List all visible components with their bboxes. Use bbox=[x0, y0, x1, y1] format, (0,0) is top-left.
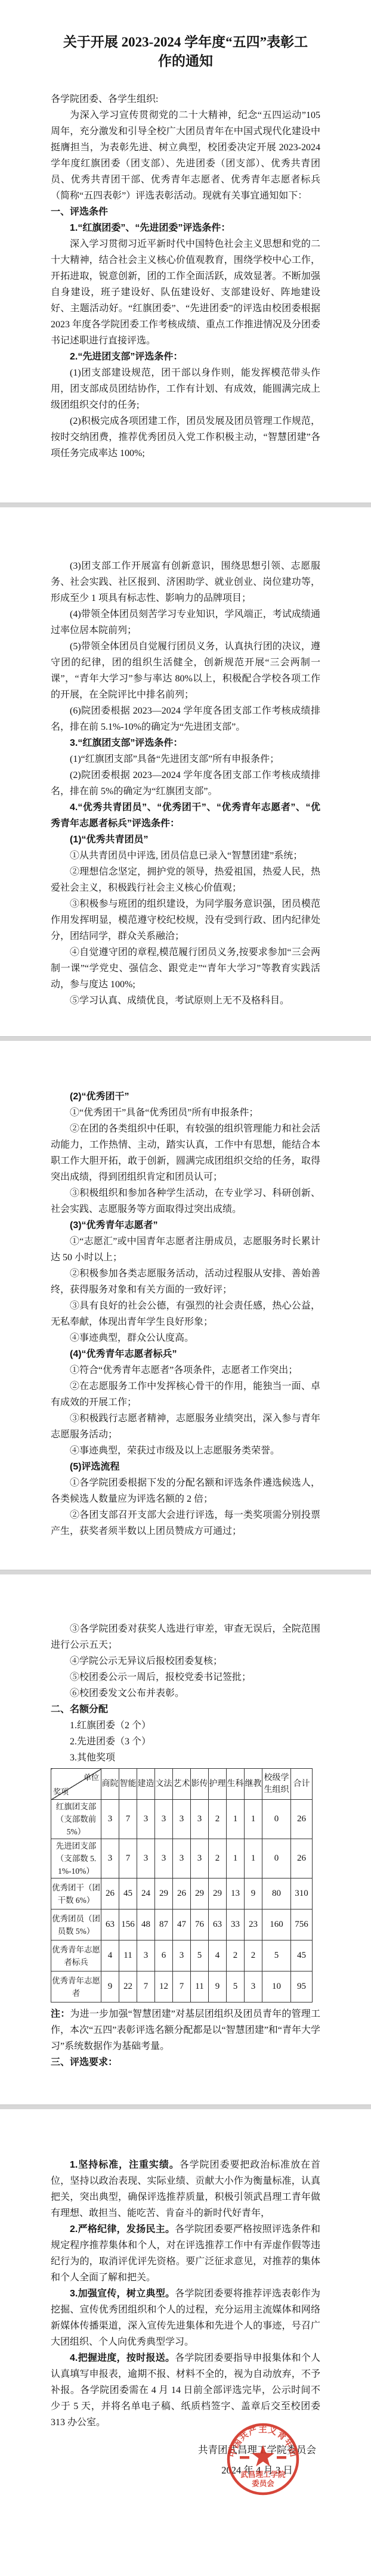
table-column-header: 影传 bbox=[191, 1769, 209, 1800]
quota-value: 22 bbox=[119, 1971, 137, 2002]
list-item: 2.先进团委（3 个） bbox=[51, 1734, 320, 1750]
quota-value: 3 bbox=[245, 1971, 262, 2002]
paragraph: (2)积极完成各项团建工作，团员发展及团员管理工作规范，按时交纳团费，推荐优秀团… bbox=[51, 413, 320, 461]
paragraph: ⑤校团委公示一周后，报校党委书记签批； bbox=[51, 1669, 320, 1685]
paragraph: (5)带领全体团员自觉履行团员义务，认真执行团的决议，遵守团的纪律，团的组织生活… bbox=[51, 638, 320, 703]
page-3-content: (2)“优秀团干”①“优秀团干”具备“优秀团员”所有申报条件；②在团的各类组织中… bbox=[51, 1089, 320, 1539]
table-column-header: 校级学生组织 bbox=[262, 1769, 291, 1800]
table-row: 优秀团员（团员数 5%）6315648874776633323160756 bbox=[51, 1909, 313, 1940]
page-4: ③各学院团委对获奖人选进行审差，审查无误后，全院范围进行公示五天；④学院公示无异… bbox=[0, 1574, 371, 2104]
quota-value: 76 bbox=[191, 1909, 209, 1940]
page-5: 1.坚持标准，注重实绩。各学院团委要把政治标准放在首位，坚持以政治表现、实际业绩… bbox=[0, 2109, 371, 2576]
quota-value: 26 bbox=[291, 1800, 313, 1839]
paragraph: 1.坚持标准，注重实绩。各学院团委要把政治标准放在首位，坚持以政治表现、实际业绩… bbox=[51, 2157, 320, 2221]
official-seal-stamp: 中国共产主义青年团 武昌理工学院 委员会 bbox=[224, 2420, 302, 2498]
quota-value: 756 bbox=[291, 1909, 313, 1940]
sub-heading: (3)“优秀青年志愿者” bbox=[51, 1217, 320, 1233]
quota-value: 3 bbox=[137, 1940, 155, 1971]
page-2-content: (3)团支部工作开展富有创新意识，围绕思想引领、志愿服务、社会实践、社区报到、济… bbox=[51, 558, 320, 1009]
row-label: 优秀团员（团员数 5%） bbox=[51, 1909, 101, 1940]
sub-heading: (1)“优秀共青团员” bbox=[51, 832, 320, 848]
paragraph: ④学院公示无异议后报校团委复核； bbox=[51, 1653, 320, 1669]
paragraph: (1)“红旗团支部”具备“先进团支部”所有申报条件； bbox=[51, 751, 320, 767]
page-5-content: 1.坚持标准，注重实绩。各学院团委要把政治标准放在首位，坚持以政治表现、实际业绩… bbox=[51, 2157, 320, 2431]
seal-line2: 委员会 bbox=[252, 2479, 274, 2488]
sub-heading: (5)评选流程 bbox=[51, 1459, 320, 1475]
page-1: 关于开展 2023-2024 学年度“五四”表彰工作的通知各学院团委、各学生组织… bbox=[0, 0, 371, 503]
paragraph: ②在团的各类组织中任职，有较强的组织管理能力和社会活动能力，工作热情、主动，踏实… bbox=[51, 1121, 320, 1185]
paragraph: ②各团支部召开支部大会进行评选，每一类奖项需分别投票产生，获奖者须半数以上团员赞… bbox=[51, 1507, 320, 1539]
doc-title: 关于开展 2023-2024 学年度“五四”表彰工作的通知 bbox=[51, 33, 320, 71]
quota-value: 26 bbox=[101, 1878, 119, 1909]
quota-value: 80 bbox=[262, 1878, 291, 1909]
quota-value: 29 bbox=[155, 1878, 173, 1909]
quota-value: 3 bbox=[191, 1800, 209, 1839]
table-column-header: 合计 bbox=[291, 1769, 313, 1800]
quota-value: 7 bbox=[173, 1971, 191, 2002]
quota-value: 3 bbox=[155, 1839, 173, 1878]
table-header-row: 奖项单位商院智能建造文法艺术影传护理生科继教校级学生组织合计 bbox=[51, 1769, 313, 1800]
table-column-header: 继教 bbox=[245, 1769, 262, 1800]
quota-value: 10 bbox=[262, 1971, 291, 2002]
table-column-header: 文法 bbox=[155, 1769, 173, 1800]
page-3: (2)“优秀团干”①“优秀团干”具备“优秀团员”所有申报条件；②在团的各类组织中… bbox=[0, 1041, 371, 1570]
quota-value: 45 bbox=[119, 1878, 137, 1909]
paragraph: ①各学院团委根据下发的分配名额和评选条件遴选候选人，各类候选人数量应为评选名额的… bbox=[51, 1475, 320, 1507]
section-heading: 一、评选条件 bbox=[51, 204, 320, 220]
quota-value: 1 bbox=[227, 1800, 245, 1839]
table-column-header: 商院 bbox=[101, 1769, 119, 1800]
quota-value: 3 bbox=[101, 1839, 119, 1878]
quota-value: 2 bbox=[245, 1940, 262, 1971]
paragraph: ③积极践行志愿者精神，志愿服务业绩突出，深入参与青年志愿服务活动； bbox=[51, 1411, 320, 1443]
paragraph: ②理想信念坚定，拥护党的领导，热爱祖国，热爱人民，热爱社会主义，积极践行社会主义… bbox=[51, 864, 320, 896]
quota-value: 26 bbox=[291, 1839, 313, 1878]
quota-value: 13 bbox=[227, 1878, 245, 1909]
list-item: 3.其他奖项 bbox=[51, 1750, 320, 1766]
quota-value: 9 bbox=[245, 1878, 262, 1909]
paragraph: ④事迹典型，荣获过市级及以上志愿服务类荣誉。 bbox=[51, 1443, 320, 1459]
page-1-content: 关于开展 2023-2024 学年度“五四”表彰工作的通知各学院团委、各学生组织… bbox=[51, 33, 320, 461]
quota-value: 7 bbox=[119, 1800, 137, 1839]
quota-value: 0 bbox=[262, 1839, 291, 1878]
quota-value: 87 bbox=[155, 1909, 173, 1940]
paragraph: ②在志愿服务工作中发挥核心骨干的作用，能独当一面、卓有成效的开展工作； bbox=[51, 1378, 320, 1411]
table-column-header: 艺术 bbox=[173, 1769, 191, 1800]
table-column-header: 护理 bbox=[209, 1769, 227, 1800]
paragraph: 4.把握进度，按时报送。各学院团委要指导申报集体和个人认真填写申报表，逾期不报、… bbox=[51, 2350, 320, 2431]
section-heading: 三、评选要求： bbox=[51, 2054, 320, 2070]
page-4-content: ③各学院团委对获奖人选进行审差，审查无误后，全院范围进行公示五天；④学院公示无异… bbox=[51, 1621, 320, 2070]
row-label: 优秀团干（团干数 6%） bbox=[51, 1878, 101, 1909]
paragraph: 为深入学习宣传贯彻党的二十大精神，纪念“五四运动”105 周年，充分激发和引导全… bbox=[51, 107, 320, 204]
quota-value: 29 bbox=[209, 1878, 227, 1909]
table-row: 优秀青年志愿者标兵4113635422545 bbox=[51, 1940, 313, 1971]
quota-value: 310 bbox=[291, 1878, 313, 1909]
section-heading: 二、名额分配 bbox=[51, 1701, 320, 1718]
document: 关于开展 2023-2024 学年度“五四”表彰工作的通知各学院团委、各学生组织… bbox=[0, 0, 371, 2576]
page-break bbox=[0, 2104, 371, 2109]
quota-value: 63 bbox=[209, 1909, 227, 1940]
quota-value: 1 bbox=[245, 1800, 262, 1839]
paragraph: 各学院团委、各学生组织: bbox=[51, 91, 320, 107]
paragraph: (6)院团委根据 2023—2024 学年度各团支部工作考核成绩排名，排在前 5… bbox=[51, 703, 320, 735]
quota-value: 26 bbox=[173, 1878, 191, 1909]
paragraph: ①从共青团员中评选, 团员信息已录入“智慧团建”系统； bbox=[51, 848, 320, 864]
table-row: 先进团支部（支部数 5.1%-10%）373333211026 bbox=[51, 1839, 313, 1878]
quota-value: 3 bbox=[173, 1800, 191, 1839]
quota-value: 5 bbox=[227, 1971, 245, 2002]
quota-value: 3 bbox=[137, 1800, 155, 1839]
paragraph: ③积极参与班团的组织建设，为同学服务意识强，团员模范作用发挥明显，模范遵守校纪校… bbox=[51, 896, 320, 944]
paragraph: 3.加强宣传，树立典型。各学院团委要将推荐评选表彰作为挖掘、宣传优秀团组织和个人… bbox=[51, 2286, 320, 2350]
quota-value: 0 bbox=[262, 1800, 291, 1839]
paragraph: ③积极组织和参加各种学生活动，在专业学习、科研创新、社会实践、志愿服务等方面取得… bbox=[51, 1185, 320, 1217]
quota-value: 3 bbox=[173, 1940, 191, 1971]
paragraph: 2.严格纪律，发扬民主。各学院团委要严格按照评选条件和规定程序推荐集体和个人，对… bbox=[51, 2221, 320, 2286]
row-label: 先进团支部（支部数 5.1%-10%） bbox=[51, 1839, 101, 1878]
quota-value: 6 bbox=[155, 1940, 173, 1971]
paragraph: ③具有良好的社会公德，有强烈的社会责任感，热心公益，无私奉献，体现出青年学生良好… bbox=[51, 1298, 320, 1330]
quota-value: 2 bbox=[227, 1940, 245, 1971]
quota-value: 1 bbox=[245, 1839, 262, 1878]
paragraph: ①符合“优秀青年志愿者”各项条件，志愿者工作突出； bbox=[51, 1362, 320, 1378]
seal-star-icon bbox=[240, 2445, 286, 2466]
page-2: (3)团支部工作开展富有创新意识，围绕思想引领、志愿服务、社会实践、社区报到、济… bbox=[0, 507, 371, 1036]
quota-value: 4 bbox=[209, 1940, 227, 1971]
paragraph: ③各学院团委对获奖人选进行审差，审查无误后，全院范围进行公示五天； bbox=[51, 1621, 320, 1653]
seal-line1: 武昌理工学院 bbox=[240, 2470, 286, 2479]
row-label: 优秀青年志愿者 bbox=[51, 1971, 101, 2002]
quota-value: 95 bbox=[291, 1971, 313, 2002]
quota-value: 160 bbox=[262, 1909, 291, 1940]
quota-value: 9 bbox=[209, 1971, 227, 2002]
quota-value: 156 bbox=[119, 1909, 137, 1940]
quota-value: 1 bbox=[227, 1839, 245, 1878]
quota-value: 12 bbox=[155, 1971, 173, 2002]
table-column-header: 生科 bbox=[227, 1769, 245, 1800]
table-row: 优秀青年志愿者9227127119531095 bbox=[51, 1971, 313, 2002]
paragraph: (3)团支部工作开展富有创新意识，围绕思想引领、志愿服务、社会实践、社区报到、济… bbox=[51, 558, 320, 606]
quota-value: 3 bbox=[155, 1800, 173, 1839]
sub-heading: 1.“红旗团委”、“先进团委”评选条件： bbox=[51, 220, 320, 236]
quota-table: 奖项单位商院智能建造文法艺术影传护理生科继教校级学生组织合计红旗团支部（支部数前… bbox=[51, 1768, 313, 2002]
page-break bbox=[0, 503, 371, 507]
quota-value: 48 bbox=[137, 1909, 155, 1940]
paragraph: ④自觉遵守团的章程,模范履行团员义务,按要求参加“三会两制一课”“学党史、强信念… bbox=[51, 944, 320, 993]
corner-award-label: 奖项 bbox=[53, 1785, 69, 1797]
quota-value: 3 bbox=[137, 1839, 155, 1878]
quota-value: 7 bbox=[119, 1839, 137, 1878]
sub-heading: (4)“优秀青年志愿者标兵” bbox=[51, 1346, 320, 1362]
quota-value: 3 bbox=[173, 1839, 191, 1878]
page-break bbox=[0, 1036, 371, 1041]
row-label: 优秀青年志愿者标兵 bbox=[51, 1940, 101, 1971]
paragraph: (2)院团委根据 2023—2024 学年度各团支部工作考核成绩排名，排在前 5… bbox=[51, 767, 320, 799]
paragraph: (4)带领全体团员刻苦学习专业知识，学风端正，考试成绩通过率位居本院前列； bbox=[51, 606, 320, 638]
table-corner-cell: 奖项单位 bbox=[51, 1769, 101, 1800]
paragraph: ①“优秀团干”具备“优秀团员”所有申报条件； bbox=[51, 1105, 320, 1121]
quota-value: 11 bbox=[119, 1940, 137, 1971]
sub-heading: 4.“优秀共青团员”、“优秀团干”、“优秀青年志愿者”、“优秀青年志愿者标兵”评… bbox=[51, 799, 320, 832]
quota-value: 3 bbox=[191, 1839, 209, 1878]
table-column-header: 建造 bbox=[137, 1769, 155, 1800]
page-break bbox=[0, 1570, 371, 1574]
quota-value: 2 bbox=[209, 1839, 227, 1878]
sub-heading: 2.“先进团支部”评选条件： bbox=[51, 349, 320, 365]
paragraph: ⑤学习认真、成绩优良，考试原则上无不及格科目。 bbox=[51, 993, 320, 1009]
sub-heading: 3.“红旗团支部”评选条件： bbox=[51, 735, 320, 751]
quota-value: 23 bbox=[245, 1909, 262, 1940]
quota-value: 29 bbox=[191, 1878, 209, 1909]
quota-value: 24 bbox=[137, 1878, 155, 1909]
quota-value: 3 bbox=[101, 1800, 119, 1839]
quota-value: 33 bbox=[227, 1909, 245, 1940]
quota-value: 7 bbox=[137, 1971, 155, 2002]
table-row: 红旗团支部（支部数前 5%）373333211026 bbox=[51, 1800, 313, 1839]
table-column-header: 智能 bbox=[119, 1769, 137, 1800]
corner-unit-label: 单位 bbox=[84, 1771, 99, 1783]
quota-value: 2 bbox=[209, 1800, 227, 1839]
paragraph: 注：为进一步加强“智慧团建”对基层团组织及团员青年的管理工作，本次“五四”表彰评… bbox=[51, 2006, 320, 2054]
quota-value: 45 bbox=[291, 1940, 313, 1971]
paragraph: ②积极参加各类志愿服务活动，活动过程服从安排、善始善终，获得服务对象和有关方面的… bbox=[51, 1266, 320, 1298]
paragraph: (1)团支部建设规范，团干部以身作则，能发挥模范带头作用，团支部成员团结协作，工… bbox=[51, 365, 320, 413]
quota-value: 9 bbox=[101, 1971, 119, 2002]
paragraph: ⑥校团委发文公布并表彰。 bbox=[51, 1685, 320, 1701]
sub-heading: (2)“优秀团干” bbox=[51, 1089, 320, 1105]
table-row: 优秀团干（团干数 6%）2645242926292913980310 bbox=[51, 1878, 313, 1909]
quota-value: 47 bbox=[173, 1909, 191, 1940]
quota-value: 5 bbox=[191, 1940, 209, 1971]
paragraph: ①“志愿汇”或中国青年志愿者注册成员，志愿服务时长累计达 50 小时以上； bbox=[51, 1233, 320, 1266]
row-label: 红旗团支部（支部数前 5%） bbox=[51, 1800, 101, 1839]
quota-value: 63 bbox=[101, 1909, 119, 1940]
quota-value: 11 bbox=[191, 1971, 209, 2002]
quota-value: 5 bbox=[262, 1940, 291, 1971]
list-item: 1.红旗团委（2 个） bbox=[51, 1718, 320, 1734]
paragraph: ④事迹典型，群众公认度高。 bbox=[51, 1330, 320, 1346]
quota-value: 4 bbox=[101, 1940, 119, 1971]
paragraph: 深入学习贯彻习近平新时代中国特色社会主义思想和党的二十大精神，结合社会主义核心价… bbox=[51, 236, 320, 349]
